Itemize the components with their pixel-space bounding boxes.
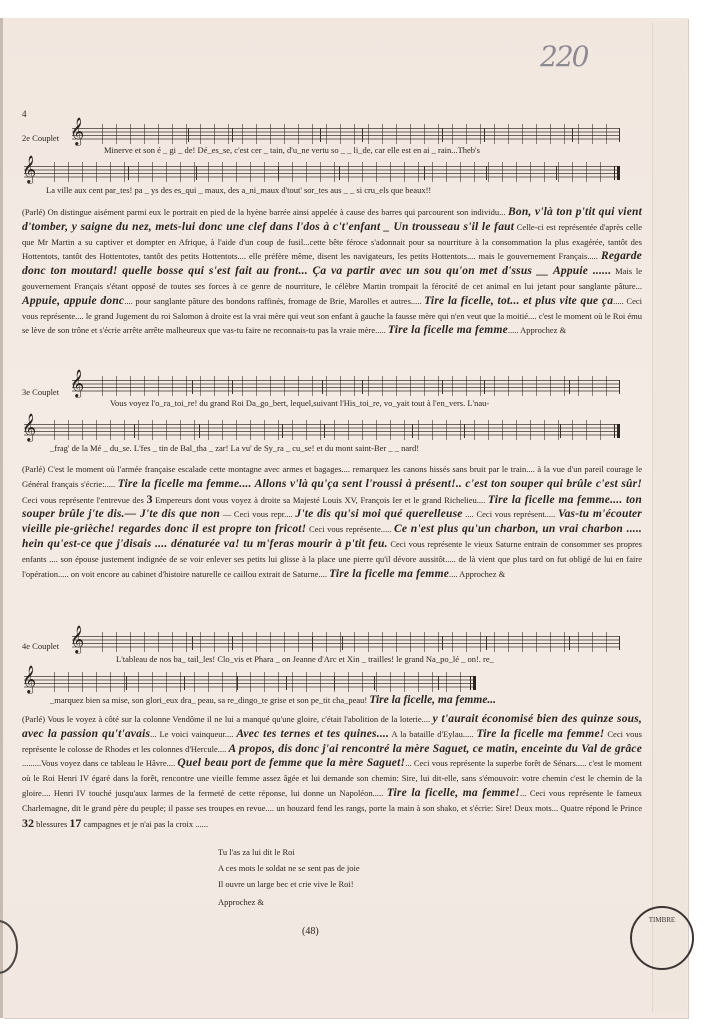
paragraph-text: campagnes et je n'ai pas la croix ...... (81, 819, 208, 829)
spoken-refrain: J'te dis qu'si moi qué querelleuse (295, 508, 462, 520)
music-notes (96, 124, 614, 144)
music-staff: 𝄞 (24, 424, 620, 438)
verse-line: Il ouvre un large bec et crie vive le Ro… (218, 877, 354, 892)
music-notes (48, 672, 470, 692)
page-right-margin (652, 22, 687, 1012)
lyrics-line: Vous voyez l'o_ra_toi_re! du grand Roi D… (110, 398, 489, 408)
handwritten-page-number: 220 (540, 40, 587, 73)
treble-clef-icon: 𝄞 (70, 119, 84, 143)
music-notes (48, 420, 614, 440)
treble-clef-icon: 𝄞 (22, 667, 36, 691)
paragraph-text: A la bataille d'Eylau..... (389, 729, 476, 739)
lyrics-line: _marquez bien sa mise, son glori_eux dra… (50, 694, 496, 706)
lyrics-text: _marquez bien sa mise, son glori_eux dra… (50, 695, 367, 705)
lyrics-line: L'tableau de nos ba_ tail_les! Clo_vis e… (116, 654, 494, 664)
spoken-paragraph: (Parlé) Vous le voyez à côté sur la colo… (22, 712, 642, 831)
couplet-label: 3e Couplet (22, 387, 59, 397)
treble-clef-icon: 𝄞 (22, 157, 36, 181)
verse-line: A ces mots le soldat ne se sent pas de j… (218, 861, 360, 876)
spoken-refrain: Avec tes ternes et tes quines.... (236, 728, 389, 740)
music-staff: 𝄞 (24, 166, 620, 180)
couplet-label: 4e Couplet (22, 641, 59, 651)
spoken-refrain: Quel beau port de femme que la mère Sagu… (177, 757, 405, 769)
paragraph-text: Ceci vous représente l'entrevue des (22, 495, 146, 505)
music-notes (48, 162, 614, 182)
paragraph-text: Empereurs dont vous voyez à droite sa Ma… (152, 495, 487, 505)
spoken-refrain: Tire la ficelle ma femme (329, 568, 449, 580)
paragraph-text: .... Ceci vous représent..... (463, 509, 558, 519)
music-staff: 𝄞 (24, 676, 476, 690)
spoken-paragraph: (Parlé) C'est le moment où l'armée franç… (22, 462, 642, 581)
spoken-refrain: Tire la ficelle, ma femme... (369, 694, 496, 706)
paragraph-text: blessures (34, 819, 69, 829)
music-staff: 𝄞 (72, 380, 620, 394)
paragraph-text: .... pour sanglante pâture des bondons r… (124, 296, 424, 306)
lyrics-line: _frag' de la Mé _ du_se. L'fes _ tin de … (50, 443, 419, 453)
stamp-text: TIMBRE (649, 916, 675, 924)
spoken-paragraph: (Parlé) On distingue aisément parmi eux … (22, 205, 642, 338)
spoken-refrain: Tire la ficelle ma femme! (476, 728, 604, 740)
lyrics-line: Minerve et son é _ gi _ de! Dé_es_se, c'… (104, 145, 480, 155)
spoken-refrain: A propos, dis donc j'ai rencontré la mèr… (228, 743, 642, 755)
spoken-refrain: Appuie, appuie donc (22, 295, 124, 307)
paragraph-text: — Ceci vous repr.... (220, 509, 295, 519)
spoken-refrain: Tire la ficelle, ma femme! (387, 787, 520, 799)
verse-line: Approchez & (218, 895, 264, 910)
page-mark: 4 (22, 109, 27, 119)
paragraph-text: .... Approchez & (449, 569, 505, 579)
verse-line: Tu l'as za lui dit le Roi (218, 845, 295, 860)
spoken-refrain: Tire la ficelle, tot... et plus vite que… (424, 295, 613, 307)
spoken-refrain: Tire la ficelle ma femme.... Allons v'là… (118, 478, 642, 490)
paragraph-text: .........Vous voyez dans ce tableau le H… (22, 758, 177, 768)
treble-clef-icon: 𝄞 (22, 415, 36, 439)
lyrics-line: La ville aux cent par_tes! pa _ ys des e… (46, 185, 431, 195)
couplet-label: 2e Couplet (22, 133, 59, 143)
treble-clef-icon: 𝄞 (70, 627, 84, 651)
music-notes (96, 632, 614, 652)
music-notes (96, 376, 614, 396)
paragraph-text: Ceci vous représente..... (306, 524, 394, 534)
emphasized-number: 32 (22, 816, 34, 830)
page-folio: (48) (302, 926, 319, 937)
paragraph-text: (Parlé) On distingue aisément parmi eux … (22, 207, 508, 217)
music-staff: 𝄞 (72, 128, 620, 142)
spoken-refrain: Tire la ficelle ma femme (388, 324, 508, 336)
emphasized-number: 17 (69, 816, 81, 830)
treble-clef-icon: 𝄞 (70, 371, 84, 395)
timbre-stamp-icon: TIMBRE (630, 906, 694, 970)
paragraph-text: (Parlé) Vous le voyez à côté sur la colo… (22, 714, 433, 724)
music-staff: 𝄞 (72, 636, 620, 650)
paragraph-text: ..... Approchez & (508, 325, 566, 335)
paragraph-text: ... Le voici vainqueur.... (150, 729, 236, 739)
